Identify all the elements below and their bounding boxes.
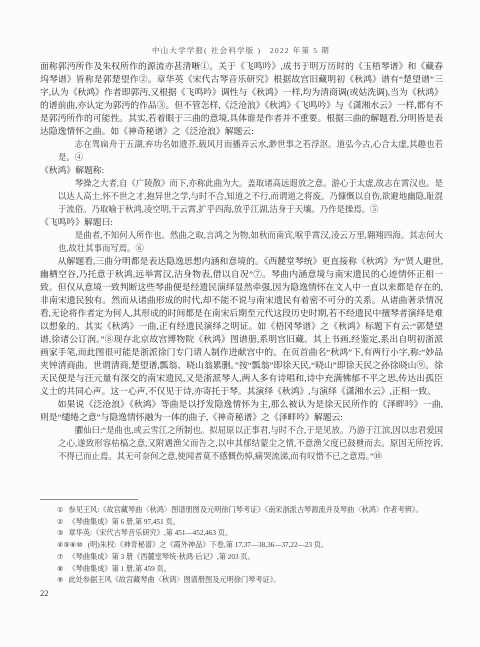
body-paragraph: 如果说《泛沧浪》《秋鸿》等曲是以抒发隐逸情怀为主,那么被认为是徐天民所作的《泽畔… xyxy=(40,398,443,424)
footnote-marker: ⑨ xyxy=(57,575,63,587)
footnote-marker: ④⑤⑥⑩ xyxy=(57,540,83,552)
footnote-marker: ③ xyxy=(57,528,63,540)
footnote-item: ⑧ 《琴曲集成》第 1 册,第 459 页。 xyxy=(40,564,443,576)
footnote-marker: ⑧ xyxy=(57,564,63,576)
article-body: 面称郭沔所作及朱权所作的源流亦甚清晰①。关于《飞鸣吟》,成书于明万历时的《玉梧琴… xyxy=(40,60,443,503)
footnotes-section: ① 参见王风:《故宫藏琴曲〈秋鸿〉图谱册图及元明徐门琴考证》《南宋浙派古琴源流并… xyxy=(40,499,443,587)
footnote-text: 参见王风:《故宫藏琴曲〈秋鸿〉图谱册图及元明徐门琴考证》《南宋浙派古琴源流并及琴… xyxy=(68,505,443,517)
footnote-marker: ⑦ xyxy=(57,552,63,564)
footnote-text: 《琴曲集成》第 3 册《西麓堂琴统·秋鸿·后记》,第 203 页。 xyxy=(68,552,443,564)
footnote-marker: ② xyxy=(57,517,63,529)
body-paragraph: 从解题看,三曲分明都是表达隐逸思想内涵和意境的。《西麓堂琴统》更直接称《秋鸿》为… xyxy=(40,255,443,398)
footnote-text: 《琴曲集成》第 1 册,第 459 页。 xyxy=(68,564,443,576)
footnote-item: ⑦ 《琴曲集成》第 3 册《西麓堂琴统·秋鸿·后记》,第 203 页。 xyxy=(40,552,443,564)
quote-block: 是曲者,不知何人所作也。然曲之取,言鸿之为物,如秋而南宾,唳乎霄汉,凌云万里,翱… xyxy=(58,229,443,255)
quote-block: 琴操之大者,自《广陵散》而下,亦称此曲为大。盖取诸高远遐放之意。游心于太虚,故志… xyxy=(58,177,443,216)
section-label: 《秋鸿》解题称: xyxy=(40,164,443,177)
section-label: 《飞鸣吟》解题曰: xyxy=(40,216,443,229)
footnote-divider xyxy=(40,499,138,500)
quote-block: 臞仙曰:“是曲也,或云雪江之所制也。拟屈原以正事君,与时不合,于是见放。乃游于江… xyxy=(58,424,443,463)
footnote-item: ② 《琴曲集成》第 6 册,第 97,451 页。 xyxy=(40,517,443,529)
footnote-item: ③ 章华英:《宋代古琴音乐研究》,第 451—452,463 页。 xyxy=(40,528,443,540)
footnote-marker: ① xyxy=(57,505,63,517)
journal-page: 中山大学学报( 社会科学版 ) 2022 年第 5 期 面称郭沔所作及朱权所作的… xyxy=(0,0,480,647)
footnote-text: 《琴曲集成》第 6 册,第 97,451 页。 xyxy=(68,517,443,529)
footnote-text: 章华英:《宋代古琴音乐研究》,第 451—452,463 页。 xyxy=(68,528,443,540)
body-paragraph: 面称郭沔所作及朱权所作的源流亦甚清晰①。关于《飞鸣吟》,成书于明万历时的《玉梧琴… xyxy=(40,60,443,138)
footnote-text: 此处参据王风《故宫藏琴曲〈秋鸿〉图谱册图及元明徐门琴考证》。 xyxy=(68,575,443,587)
footnote-item: ⑨ 此处参据王风《故宫藏琴曲〈秋鸿〉图谱册图及元明徐门琴考证》。 xyxy=(40,575,443,587)
running-head: 中山大学学报( 社会科学版 ) 2022 年第 5 期 xyxy=(40,45,442,56)
footnote-item: ④⑤⑥⑩ (明)朱权:《神奇秘谱》之《霞外神品》下卷,第 17,37—38,36… xyxy=(40,540,443,552)
footnote-item: ① 参见王风:《故宫藏琴曲〈秋鸿〉图谱册图及元明徐门琴考证》《南宋浙派古琴源流并… xyxy=(40,505,443,517)
quote-block: 志在驾扁舟于五湖,弃功名如遗芥,载风月而播弄云水,渺世事之若浮沤。道弘今古,心合… xyxy=(58,138,443,164)
footnote-text: (明)朱权:《神奇秘谱》之《霞外神品》下卷,第 17,37—38,36—37,2… xyxy=(88,540,443,552)
page-number: 22 xyxy=(40,588,49,598)
